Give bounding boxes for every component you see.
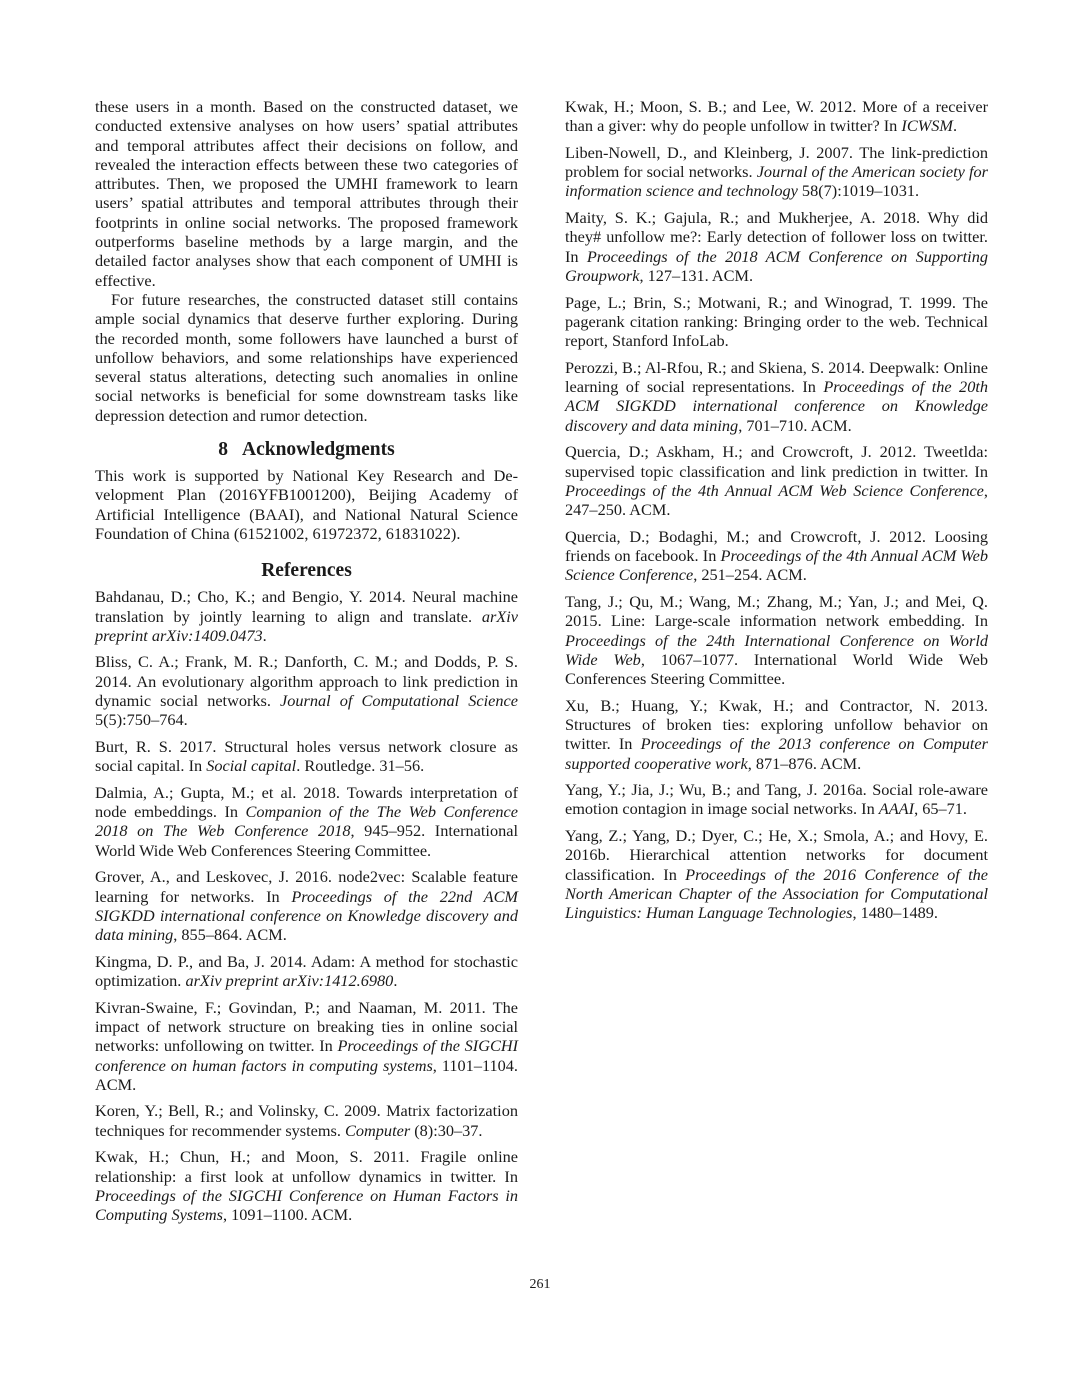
reference-entry: Kivran-Swaine, F.; Govindan, P.; and Naa… xyxy=(95,998,518,1094)
reference-entry: Yang, Z.; Yang, D.; Dyer, C.; He, X.; Sm… xyxy=(565,826,988,922)
left-column: these users in a month. Based on the con… xyxy=(95,97,518,1232)
acknowledgments-text: This work is supported by National Key R… xyxy=(95,466,518,543)
reference-entry: Page, L.; Brin, S.; Motwani, R.; and Win… xyxy=(565,293,988,351)
reference-entry: Liben-Nowell, D., and Kleinberg, J. 2007… xyxy=(565,143,988,201)
reference-entry: Dalmia, A.; Gupta, M.; et al. 2018. Towa… xyxy=(95,783,518,860)
reference-entry: Quercia, D.; Askham, H.; and Crowcroft, … xyxy=(565,442,988,519)
references-list-right: Kwak, H.; Moon, S. B.; and Lee, W. 2012.… xyxy=(565,97,988,923)
references-list-left: Bahdanau, D.; Cho, K.; and Bengio, Y. 20… xyxy=(95,587,518,1224)
acknowledgments-heading: 8Acknowledgments xyxy=(95,438,518,462)
reference-entry: Bliss, C. A.; Frank, M. R.; Danforth, C.… xyxy=(95,652,518,729)
section-title: Acknowledgments xyxy=(242,439,395,460)
reference-entry: Bahdanau, D.; Cho, K.; and Bengio, Y. 20… xyxy=(95,587,518,645)
reference-entry: Koren, Y.; Bell, R.; and Volinsky, C. 20… xyxy=(95,1101,518,1140)
reference-entry: Perozzi, B.; Al-Rfou, R.; and Skiena, S.… xyxy=(565,358,988,435)
reference-entry: Xu, B.; Huang, Y.; Kwak, H.; and Contrac… xyxy=(565,696,988,773)
reference-entry: Tang, J.; Qu, M.; Wang, M.; Zhang, M.; Y… xyxy=(565,592,988,688)
reference-entry: Kwak, H.; Moon, S. B.; and Lee, W. 2012.… xyxy=(565,97,988,136)
reference-entry: Maity, S. K.; Gajula, R.; and Mukherjee,… xyxy=(565,208,988,285)
conclusion-paragraph: these users in a month. Based on the con… xyxy=(95,97,518,290)
page-number: 261 xyxy=(0,1277,1080,1293)
reference-entry: Kwak, H.; Chun, H.; and Moon, S. 2011. F… xyxy=(95,1147,518,1224)
reference-entry: Burt, R. S. 2017. Structural holes versu… xyxy=(95,737,518,776)
future-work-paragraph: For future researches, the constructed d… xyxy=(95,290,518,425)
right-column: Kwak, H.; Moon, S. B.; and Lee, W. 2012.… xyxy=(565,97,988,930)
reference-entry: Grover, A., and Leskovec, J. 2016. node2… xyxy=(95,867,518,944)
reference-entry: Quercia, D.; Bodaghi, M.; and Crowcroft,… xyxy=(565,527,988,585)
section-number: 8 xyxy=(218,439,228,460)
references-heading: References xyxy=(95,559,518,583)
reference-entry: Yang, Y.; Jia, J.; Wu, B.; and Tang, J. … xyxy=(565,780,988,819)
reference-entry: Kingma, D. P., and Ba, J. 2014. Adam: A … xyxy=(95,952,518,991)
